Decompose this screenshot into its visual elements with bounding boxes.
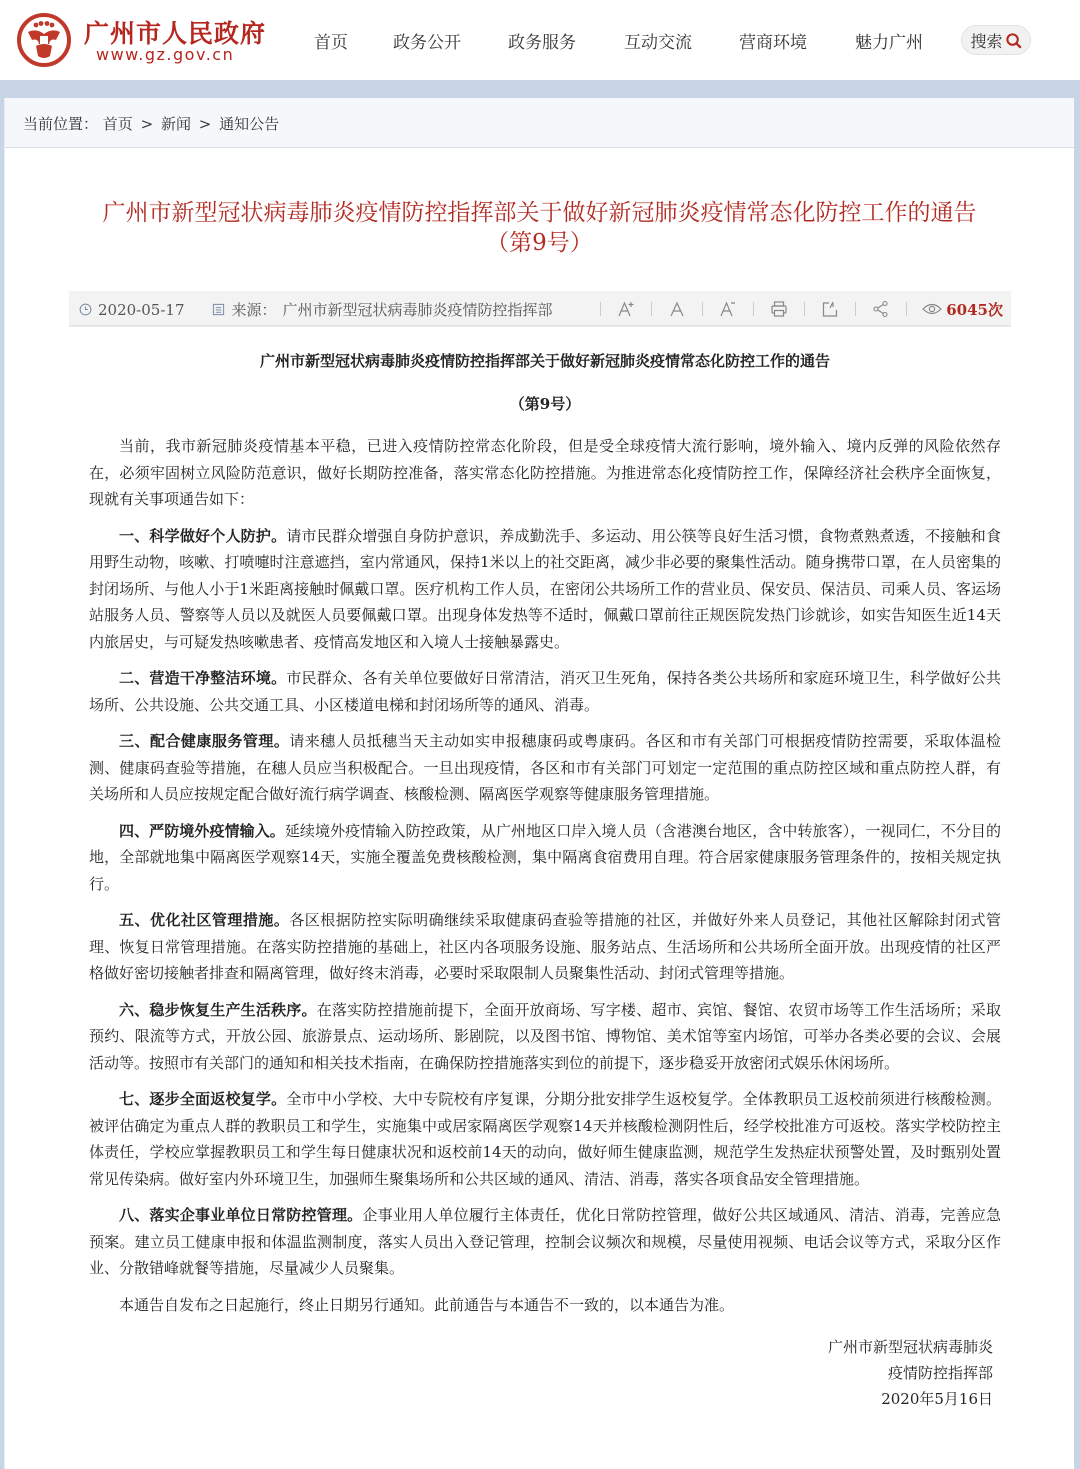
article-meta-bar: 2020-05-17 来源： 广州市新型冠状病毒肺炎疫情防控指挥部 [69,291,1011,327]
section-heading: 一、科学做好个人防护。 [119,527,286,545]
toolbar-divider [600,302,601,316]
article-section: 八、落实企事业单位日常防控管理。企事业用人单位履行主体责任，优化日常防控管理，做… [89,1202,1001,1282]
search-button[interactable]: 搜索 [961,25,1031,55]
site-url: www.gz.gov.cn [96,45,234,64]
article-body: 广州市新型冠状病毒肺炎疫情防控指挥部关于做好新冠肺炎疫情常态化防控工作的通告 （… [89,348,1001,1412]
print-button[interactable] [769,299,789,319]
breadcrumb-home[interactable]: 首页 [103,113,133,134]
section-heading: 八、落实企事业单位日常防控管理。 [119,1206,362,1224]
signature-org-line1: 广州市新型冠状病毒肺炎 [89,1334,993,1360]
site-header: 广州市人民政府 www.gz.gov.cn 首页 政务公开 政务服务 互动交流 … [0,0,1080,80]
page-title-line2: （第9号） [5,228,1074,258]
section-heading: 七、逐步全面返校复学。 [119,1090,286,1108]
breadcrumb: 当前位置： 首页 > 新闻 > 通知公告 [5,98,1074,148]
gz-emblem-logo[interactable] [16,12,72,68]
article-section: 一、科学做好个人防护。请市民群众增强自身防护意识，养成勤洗手、多运动、用公筷等良… [89,523,1001,656]
source-label: 来源： [231,299,276,320]
font-reset-icon [667,299,687,319]
source-value: 广州市新型冠状病毒肺炎疫情防控指挥部 [283,299,553,320]
article-section: 七、逐步全面返校复学。全市中小学校、大中专院校有序复课，分期分批安排学生返校复学… [89,1086,1001,1192]
search-icon [1005,32,1022,49]
toolbar-divider [702,302,703,316]
section-heading: 六、稳步恢复生产生活秩序。 [119,1001,317,1019]
clock-icon [79,303,92,316]
breadcrumb-separator: > [141,115,154,133]
nav-government-services[interactable]: 政务服务 [508,28,576,53]
section-heading: 五、优化社区管理措施。 [119,911,289,929]
article-intro: 当前，我市新冠肺炎疫情基本平稳，已进入疫情防控常态化阶段，但是受全球疫情大流行影… [89,433,1001,513]
article-closing: 本通告自发布之日起施行，终止日期另行通知。此前通告与本通告不一致的，以本通告为准… [89,1292,1001,1319]
signature-org-line2: 疫情防控指挥部 [89,1360,993,1386]
view-count-value: 6045次 [946,299,1003,320]
font-increase-icon [616,299,636,319]
font-reset-button[interactable] [667,299,687,319]
article-section: 五、优化社区管理措施。各区根据防控实际明确继续采取健康码查验等措施的社区，并做好… [89,907,1001,987]
search-label: 搜索 [970,29,1002,52]
share-icon [871,299,891,319]
nav-business-environment[interactable]: 营商环境 [739,28,807,53]
article-section: 二、营造干净整洁环境。市民群众、各有关单位要做好日常清洁，消灭卫生死角，保持各类… [89,665,1001,718]
nav-interaction[interactable]: 互动交流 [624,28,692,53]
content-panel: 当前位置： 首页 > 新闻 > 通知公告 广州市新型冠状病毒肺炎疫情防控指挥部关… [4,98,1074,1469]
breadcrumb-news[interactable]: 新闻 [161,113,191,134]
share-external-button[interactable] [820,299,840,319]
font-increase-button[interactable] [616,299,636,319]
print-icon [769,299,789,319]
view-count: 6045次 [922,299,1003,320]
article-section: 四、严防境外疫情输入。延续境外疫情输入防控政策，从广州地区口岸入境人员（含港澳台… [89,818,1001,898]
toolbar-divider [753,302,754,316]
font-decrease-icon [718,299,738,319]
section-heading: 二、营造干净整洁环境。 [119,669,286,687]
font-decrease-button[interactable] [718,299,738,319]
breadcrumb-separator: > [199,115,212,133]
nav-home[interactable]: 首页 [314,28,348,53]
signature-block: 广州市新型冠状病毒肺炎 疫情防控指挥部 2020年5月16日 [89,1334,1001,1412]
article-number: （第9号） [89,391,1001,418]
toolbar-divider [855,302,856,316]
page-title-line1: 广州市新型冠状病毒肺炎疫情防控指挥部关于做好新冠肺炎疫情常态化防控工作的通告 [5,198,1074,228]
article-toolbar: 6045次 [585,297,1003,321]
breadcrumb-prefix: 当前位置： [23,113,98,134]
toolbar-divider [906,302,907,316]
share-button[interactable] [871,299,891,319]
nav-government-affairs[interactable]: 政务公开 [393,28,461,53]
section-heading: 四、严防境外疫情输入。 [119,822,285,840]
toolbar-divider [651,302,652,316]
nav-charm-guangzhou[interactable]: 魅力广州 [855,28,923,53]
article-title: 广州市新型冠状病毒肺炎疫情防控指挥部关于做好新冠肺炎疫情常态化防控工作的通告 [89,348,1001,375]
section-text: 请市民群众增强自身防护意识，养成勤洗手、多运动、用公筷等良好生活习惯，食物煮熟煮… [89,527,1001,651]
signature-date: 2020年5月16日 [89,1386,993,1412]
eye-icon [922,302,942,316]
share-external-icon [820,299,840,319]
toolbar-divider [804,302,805,316]
article-section: 三、配合健康服务管理。请来穗人员抵穗当天主动如实申报穗康码或粤康码。各区和市有关… [89,728,1001,808]
article-section: 六、稳步恢复生产生活秩序。在落实防控措施前提下，全面开放商场、写字楼、超市、宾馆… [89,997,1001,1077]
publish-date: 2020-05-17 [98,301,184,319]
breadcrumb-notices[interactable]: 通知公告 [219,113,279,134]
section-heading: 三、配合健康服务管理。 [119,732,289,750]
document-icon [212,303,225,316]
page-title: 广州市新型冠状病毒肺炎疫情防控指挥部关于做好新冠肺炎疫情常态化防控工作的通告 （… [5,198,1074,258]
